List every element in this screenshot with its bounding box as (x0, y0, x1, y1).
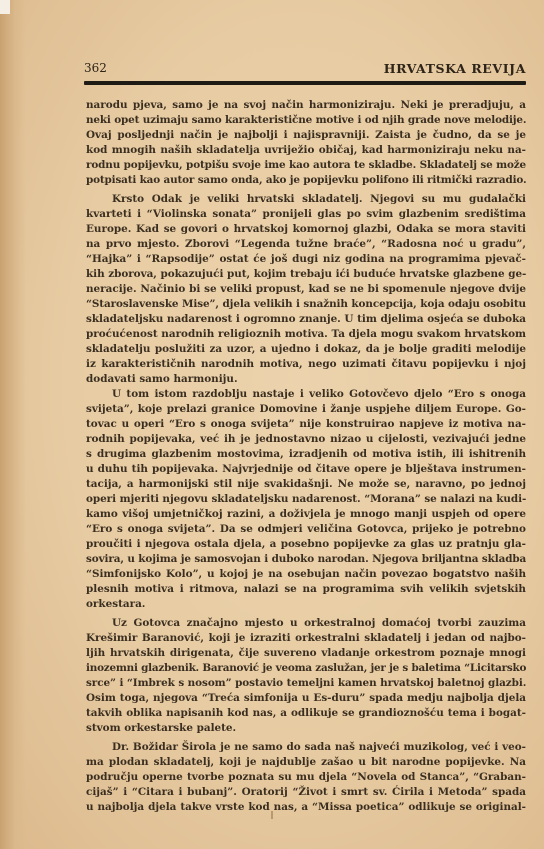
text-line: cijaš” i “Citara i bubanj”. Oratorij “Ži… (86, 785, 526, 800)
paragraph: Dr. Božidar Širola je ne samo do sada na… (86, 740, 526, 815)
text-line: u najbolja djela takve vrste kod nas, a … (86, 800, 526, 815)
text-line: Krsto Odak je veliki hrvatski skladatelj… (86, 192, 526, 207)
text-line: orkestara. (86, 597, 526, 612)
text-line: potpisati kao autor samo onda, ako je po… (86, 173, 526, 188)
paragraph: U tom istom razdoblju nastaje i veliko G… (86, 387, 526, 612)
text-line: rodnih popijevaka, već ih je jednostavno… (86, 432, 526, 447)
text-line: tacija, a harmonijski stil nije svakidaš… (86, 477, 526, 492)
text-line: “Ero s onoga svijeta”. Da se odmjeri vel… (86, 522, 526, 537)
text-line: kih zborova, pokazujući put, kojim treba… (86, 267, 526, 282)
text-line: neracije. Načinio bi se veliki propust, … (86, 282, 526, 297)
text-line: Uz Gotovca značajno mjesto u orkestralno… (86, 616, 526, 631)
text-line: operi mjeriti njegovu skladateljsku nada… (86, 492, 526, 507)
text-line: “Simfonijsko Kolo”, u kojoj je na osebuj… (86, 567, 526, 582)
text-line: kod mnogih naših skladatelja uvriježio o… (86, 143, 526, 158)
text-line: inozemni glazbenik. Baranović je veoma z… (86, 661, 526, 676)
page-binding-shadow (0, 0, 26, 849)
text-line: U tom istom razdoblju nastaje i veliko G… (86, 387, 526, 402)
text-line: skladateljsku nadarenost i ogromno znanj… (86, 312, 526, 327)
paper-mark (271, 811, 273, 819)
scan-corner (0, 0, 10, 14)
text-line: “Staroslavenske Mise”, djela velikih i s… (86, 297, 526, 312)
text-line: u duhu tih popijevaka. Najvrjednije od č… (86, 462, 526, 477)
text-line: takvih oblika napisanih kod nas, a odlik… (86, 706, 526, 721)
paragraph: narodu pjeva, samo je na svoj način harm… (86, 98, 526, 188)
text-line: području operne tvorbe poznata su mu dje… (86, 770, 526, 785)
text-line: “Hajka” i “Rapsodije” ostat će još dugi … (86, 252, 526, 267)
text-line: srce” i “Imbrek s nosom” postavio temelj… (86, 676, 526, 691)
paragraph: Uz Gotovca značajno mjesto u orkestralno… (86, 616, 526, 736)
text-line: stvom orkestarske palete. (86, 721, 526, 736)
text-line: Ovaj posljednji način je najbolji i naji… (86, 128, 526, 143)
text-line: sovira, u kojima je samosvojan i duboko … (86, 552, 526, 567)
text-line: rodnu popijevku, potpišu svoje ime kao a… (86, 158, 526, 173)
running-title: HRVATSKA REVIJA (384, 61, 526, 76)
text-line: Krešimir Baranović, koji je izraziti ork… (86, 631, 526, 646)
article-body: narodu pjeva, samo je na svoj način harm… (86, 98, 526, 815)
text-line: Osim toga, njegova “Treća simfonija u Es… (86, 691, 526, 706)
text-line: skladatelju poslužiti za uzor, a ujedno … (86, 342, 526, 357)
header-rule (84, 81, 526, 85)
text-line: kvarteti i “Violinska sonata” pronijeli … (86, 207, 526, 222)
page-header: 362 HRVATSKA REVIJA (84, 61, 526, 79)
text-line: dodavati samo harmoniju. (86, 372, 526, 387)
text-line: narodu pjeva, samo je na svoj način harm… (86, 98, 526, 113)
text-line: proučiti i njegova ostala djela, a poseb… (86, 537, 526, 552)
text-line: Dr. Božidar Širola je ne samo do sada na… (86, 740, 526, 755)
text-line: na prvo mjesto. Zborovi “Legenda tužne b… (86, 237, 526, 252)
text-line: ljih hrvatskih dirigenata, čije suvereno… (86, 646, 526, 661)
page-number: 362 (84, 61, 107, 75)
paragraph: Krsto Odak je veliki hrvatski skladatelj… (86, 192, 526, 387)
text-line: svijeta”, koje prelazi granice Domovine … (86, 402, 526, 417)
text-line: Europe. Kad se govori o hrvatskoj komorn… (86, 222, 526, 237)
text-line: plesnih motiva i ritmova, nalazi se na p… (86, 582, 526, 597)
text-line: ma plodan skladatelj, koji je najdublje … (86, 755, 526, 770)
text-line: kamo višoj umjetničkoj razini, a doživje… (86, 507, 526, 522)
scanned-page: 362 HRVATSKA REVIJA narodu pjeva, samo j… (0, 0, 544, 849)
text-line: proćućenost narodnih religioznih motiva.… (86, 327, 526, 342)
text-line: s drugima glazbenim mostovima, izradjeni… (86, 447, 526, 462)
text-line: iz karakterističnih narodnih motiva, neg… (86, 357, 526, 372)
text-line: tovac u operi “Ero s onoga svijeta” nije… (86, 417, 526, 432)
text-line: neki opet uzimaju samo karakteristične m… (86, 113, 526, 128)
